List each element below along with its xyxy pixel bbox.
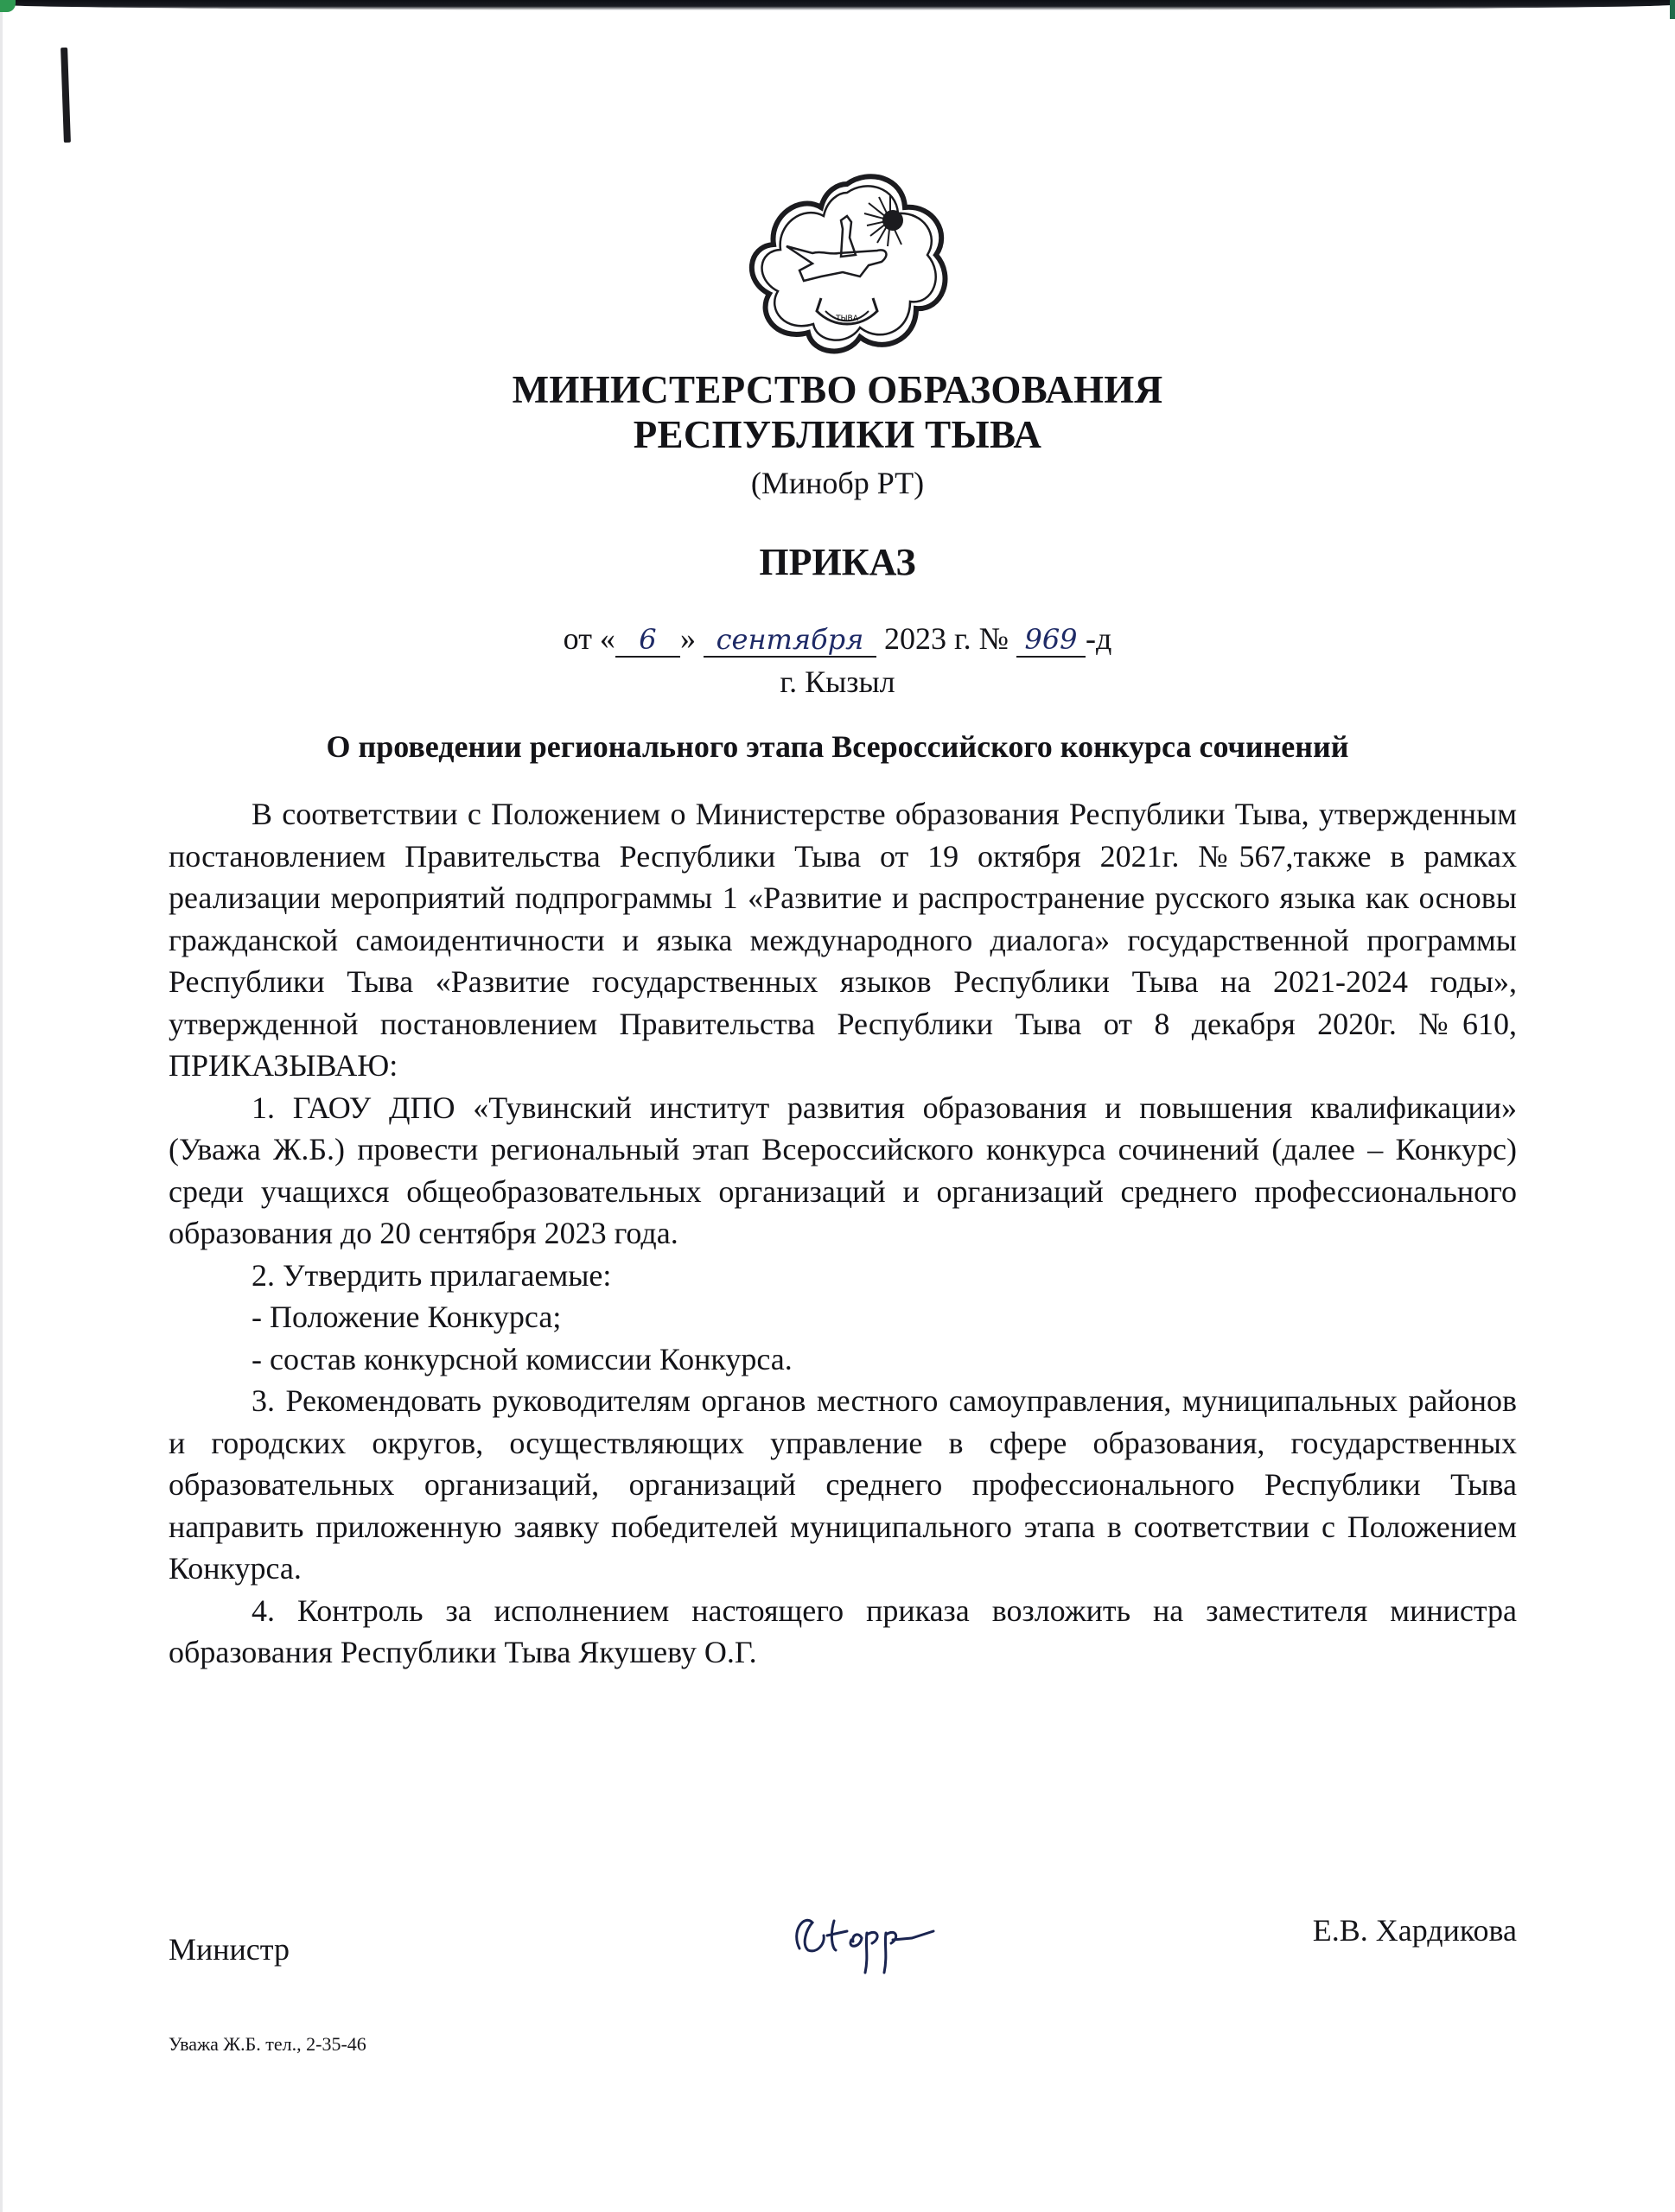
order-item-2-sub-1: - Положение Конкурса; bbox=[169, 1296, 1517, 1338]
scan-corner bbox=[0, 0, 16, 12]
order-day-close: » bbox=[680, 621, 696, 656]
order-item-2-sub-2: - состав конкурсной комиссии Конкурса. bbox=[169, 1338, 1517, 1381]
order-suffix: -д bbox=[1086, 621, 1111, 656]
order-item-3: 3. Рекомендовать руководителям органов м… bbox=[169, 1380, 1517, 1590]
document-type: ПРИКАЗ bbox=[0, 540, 1675, 584]
handwritten-month: сентября bbox=[704, 623, 876, 658]
ministry-line-2: РЕСПУБЛИКИ ТЫВА bbox=[0, 412, 1675, 457]
scan-top-edge bbox=[0, 0, 1675, 10]
order-item-1: 1. ГАОУ ДПО «Тувинский институт развития… bbox=[169, 1087, 1517, 1255]
order-date-number: от «6» сентября 2023 г. № 969-д bbox=[0, 620, 1675, 658]
order-item-2: 2. Утвердить прилагаемые: bbox=[169, 1255, 1517, 1297]
ministry-name: МИНИСТЕРСТВО ОБРАЗОВАНИЯ РЕСПУБЛИКИ ТЫВА bbox=[0, 367, 1675, 457]
signature-block: Министр Е.В. Хардикова bbox=[169, 1905, 1517, 1983]
ministry-line-1: МИНИСТЕРСТВО ОБРАЗОВАНИЯ bbox=[0, 367, 1675, 412]
order-year: 2023 г. № bbox=[884, 621, 1009, 656]
preamble-paragraph: В соответствии с Положением о Министерст… bbox=[169, 793, 1517, 1087]
margin-mark bbox=[61, 48, 71, 143]
city: г. Кызыл bbox=[0, 664, 1675, 700]
page-edge bbox=[0, 12, 3, 2212]
tuva-coat-of-arms-icon: ТЫВА bbox=[739, 168, 955, 367]
document-body: В соответствии с Положением о Министерст… bbox=[169, 793, 1517, 1674]
contact-note: Уважа Ж.Б. тел., 2-35-46 bbox=[169, 2033, 366, 2056]
svg-text:ТЫВА: ТЫВА bbox=[835, 315, 859, 323]
order-prefix: от « bbox=[564, 621, 615, 656]
signer-name: Е.В. Хардикова bbox=[1313, 1912, 1517, 1948]
scan-corner bbox=[1670, 0, 1675, 19]
document-title: О проведении регионального этапа Всеросс… bbox=[0, 728, 1675, 765]
signer-role: Министр bbox=[169, 1931, 290, 1967]
ministry-short-name: (Минобр РТ) bbox=[0, 465, 1675, 501]
handwritten-signature-icon bbox=[782, 1897, 955, 1974]
handwritten-order-number: 969 bbox=[1016, 623, 1086, 658]
handwritten-day: 6 bbox=[615, 623, 680, 658]
order-item-4: 4. Контроль за исполнением настоящего пр… bbox=[169, 1590, 1517, 1674]
